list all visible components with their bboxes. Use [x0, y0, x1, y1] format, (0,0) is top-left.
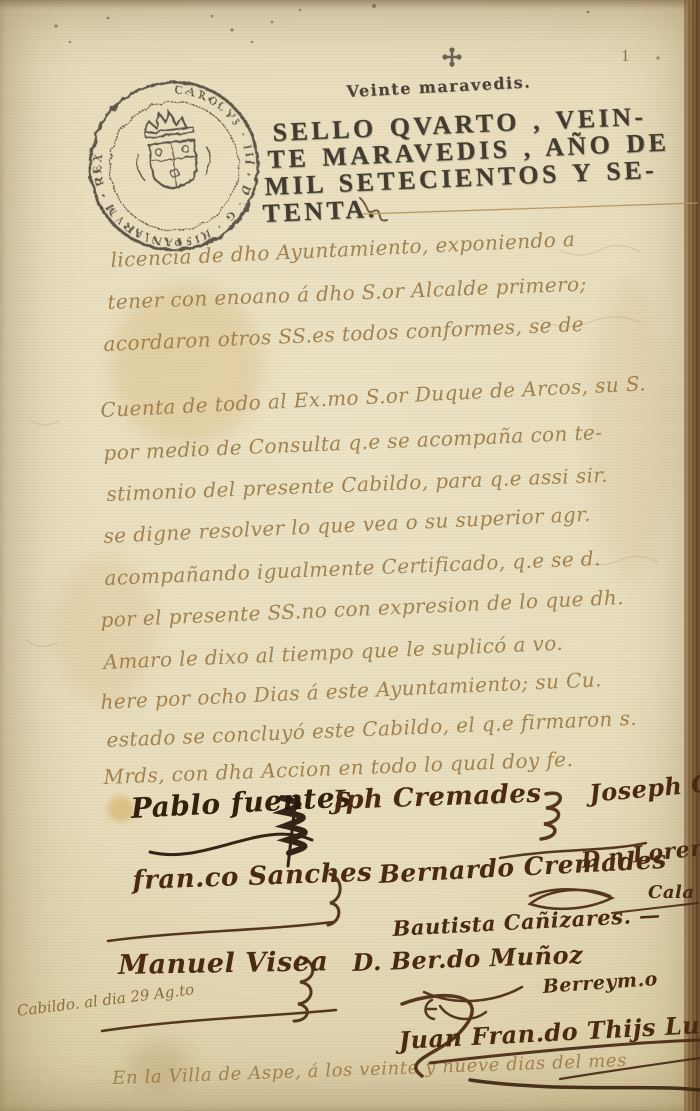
signature-berdo-munoz: D. Ber.do Muñoz — [352, 940, 584, 977]
svg-text:CAROLVS · III · D · G · HISPAN: CAROLVS · III · D · G · HISPANIARVM · RE… — [81, 74, 267, 260]
body-line-12: estado se concluyó este Cabildo, el q.e … — [106, 706, 637, 752]
tax-label: Veinte maravedis. — [346, 72, 532, 101]
signature-jph-cremades: Jph Cremades — [332, 779, 542, 816]
body-line-8: acompañando igualmente Certificado, q.e … — [104, 546, 601, 590]
body-line-2: tener con enoano á dho S.or Alcalde prim… — [107, 272, 587, 314]
manuscript-page: 1 CAROLVS · III · D · G · HISPANIARVM · … — [0, 0, 700, 1111]
royal-seal-stamp: CAROLVS · III · D · G · HISPANIARVM · RE… — [76, 66, 273, 266]
body-line-5: por medio de Consulta q.e se acompaña co… — [103, 420, 603, 465]
closing-line: En la Villa de Aspe, á los veinte y nuev… — [112, 1050, 627, 1089]
body-line-10: Amaro le dixo al tiempo que le suplicó a… — [103, 631, 564, 674]
signature-franco-sanches: fran.co Sanches — [132, 858, 373, 896]
page-top-shadow — [0, 0, 700, 10]
book-page-edge — [684, 0, 700, 1111]
signature-juan-frando: Juan Fran.do Thijs Lumie — [398, 1008, 700, 1055]
signature-manuel-visea: Manuel Visea — [118, 946, 329, 981]
signature-pablo-fuentes: Pablo fuentes — [130, 780, 352, 825]
body-line-7: se digne resolver lo que vea o su superi… — [103, 502, 591, 548]
body-line-1: licencia de dho Ayuntamiento, exponiendo… — [110, 227, 576, 272]
seal-legend: CAROLVS · III · D · G · HISPANIARVM · RE… — [81, 74, 267, 260]
body-line-3: acordaron otros SS.es todos conformes, s… — [103, 312, 584, 356]
signature-dn-lorenzo: D.n Lorenzo — [580, 832, 700, 874]
signature-bautista-canizares: Bautista Cañizares. — — [392, 902, 661, 941]
signature-cala: Cala — [648, 882, 695, 903]
page-number: 1 — [621, 46, 630, 66]
sello-line-4: TENTA. — [262, 194, 378, 229]
body-line-4: Cuenta de todo al Ex.mo S.or Duque de Ar… — [100, 371, 646, 422]
signature-berreymo: Berreym.o — [542, 968, 658, 998]
margin-note: Cabildo. al dia 29 Ag.to — [16, 980, 195, 1020]
body-line-11: here por ocho Dias á este Ayuntamiento; … — [100, 667, 602, 714]
ink-specks — [54, 4, 659, 60]
body-line-9: por el presente SS.no con expresion de l… — [100, 585, 624, 632]
body-line-6: stimonio del presente Cabildo, para q.e … — [106, 463, 608, 506]
cross-ornament-icon — [438, 44, 466, 72]
